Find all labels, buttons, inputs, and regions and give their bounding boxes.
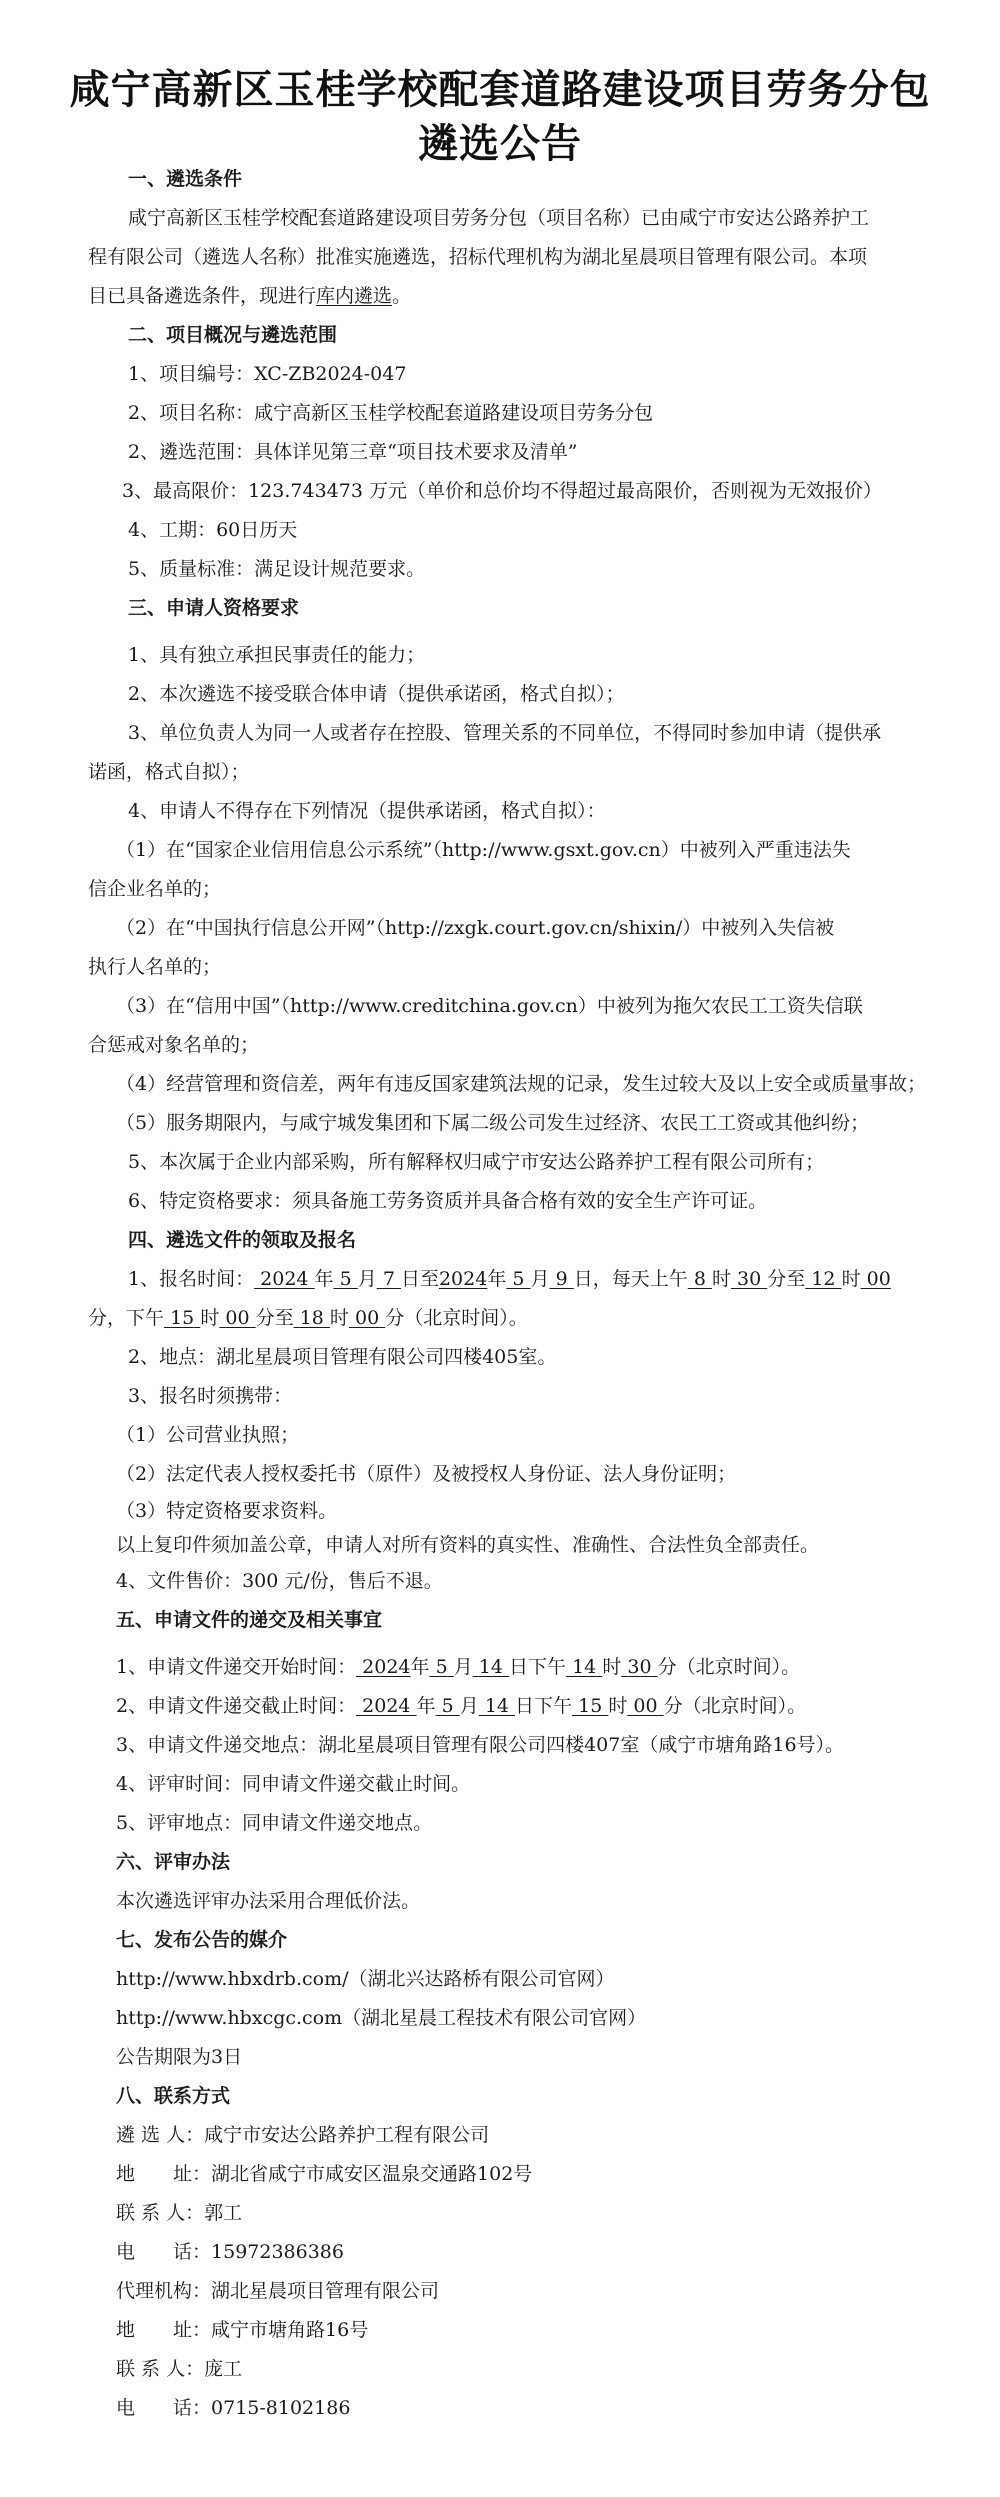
contact-value: 咸宁市塘角路16号 <box>211 2319 368 2341</box>
announcement-body: 一、遴选条件 咸宁高新区玉桂学校配套道路建设项目劳务分包（项目名称）已由咸宁市安… <box>88 160 918 2428</box>
review-place: 5、评审地点：同申请文件递交地点。 <box>88 1804 918 1843</box>
contact-label: 电 话： <box>116 2241 211 2263</box>
section-heading-5: 五、申请文件的递交及相关事宜 <box>88 1601 918 1640</box>
start-day: 14 <box>473 1656 509 1678</box>
start-year: 2024 <box>254 1268 314 1290</box>
contact-value: 咸宁市安达公路养护工程有限公司 <box>204 2124 489 2146</box>
review-method: 本次遴选评审办法采用合理低价法。 <box>88 1882 918 1921</box>
bring-item-1: （1）公司营业执照； <box>88 1416 918 1455</box>
project-number: 1、项目编号：XC-ZB2024-047 <box>88 355 918 394</box>
am-start-hour: 8 <box>688 1268 712 1290</box>
bring-item-2: （2）法定代表人授权委托书（原件）及被授权人身份证、法人身份证明； <box>88 1455 918 1494</box>
contact-row-agency-person: 联 系 人：庞工 <box>88 2350 918 2389</box>
exclusion-2-line2: 执行人名单的； <box>88 948 918 987</box>
qualification-1: 1、具有独立承担民事责任的能力； <box>88 636 918 675</box>
deadline-month: 5 <box>436 1695 460 1717</box>
deadline-day: 14 <box>479 1695 515 1717</box>
section-heading-3: 三、申请人资格要求 <box>88 589 918 628</box>
underlined-term: 库内遴选 <box>316 285 392 307</box>
am-start-minute: 30 <box>731 1268 767 1290</box>
max-price: 3、最高限价：123.743473 万元（单价和总价均不得超过最高限价，否则视为… <box>88 472 918 511</box>
exclusion-3-line2: 合惩戒对象名单的； <box>88 1026 918 1065</box>
contact-value: 15972386386 <box>211 2241 344 2263</box>
qualification-3-line2: 诺函，格式自拟）； <box>88 753 918 792</box>
contact-value: 湖北星晨项目管理有限公司 <box>211 2280 439 2302</box>
quality-standard: 5、质量标准：满足设计规范要求。 <box>88 550 918 589</box>
pm-start-minute: 00 <box>219 1307 255 1329</box>
end-day: 9 <box>550 1268 574 1290</box>
exclusion-4: （4）经营管理和资信差，两年有违反国家建筑法规的记录，发生过较大及以上安全或质量… <box>88 1065 918 1104</box>
section-heading-6: 六、评审办法 <box>88 1843 918 1882</box>
am-end-minute: 00 <box>861 1268 891 1290</box>
am-end-hour: 12 <box>805 1268 841 1290</box>
start-year: 2024 <box>356 1656 410 1678</box>
label: 1、报名时间： <box>128 1268 254 1290</box>
qualification-4: 4、申请人不得存在下列情况（提供承诺函，格式自拟）： <box>88 792 918 831</box>
pm-end-hour: 18 <box>294 1307 330 1329</box>
contact-label: 遴 选 人： <box>116 2116 204 2155</box>
pm-start-hour: 15 <box>164 1307 200 1329</box>
document-price: 4、文件售价：300 元/份，售后不退。 <box>88 1562 918 1601</box>
end-month: 5 <box>506 1268 530 1290</box>
project-name: 2、项目名称：咸宁高新区玉桂学校配套道路建设项目劳务分包 <box>88 394 918 433</box>
duration: 4、工期：60日历天 <box>88 511 918 550</box>
para-text: 。 <box>392 285 411 307</box>
contact-label: 地 址： <box>116 2319 211 2341</box>
contact-label: 联 系 人： <box>116 2202 204 2224</box>
qualification-3-line1: 3、单位负责人为同一人或者存在控股、管理关系的不同单位，不得同时参加申请（提供承 <box>88 714 918 753</box>
registration-time-line2: 分，下午 15 时 00 分至 18 时 00 分（北京时间）。 <box>88 1299 918 1338</box>
announcement-period: 公告期限为3日 <box>88 2038 918 2077</box>
media-link-2[interactable]: http://www.hbxcgc.com（湖北星晨工程技术有限公司官网） <box>88 1999 918 2038</box>
section1-para-line1: 咸宁高新区玉桂学校配套道路建设项目劳务分包（项目名称）已由咸宁市安达公路养护工 <box>88 199 918 238</box>
contact-row-selector-person: 联 系 人：郭工 <box>88 2194 918 2233</box>
exclusion-1-line2: 信企业名单的； <box>88 870 918 909</box>
contact-row-selector-phone: 电 话：15972386386 <box>88 2233 918 2272</box>
section-heading-7: 七、发布公告的媒介 <box>88 1921 918 1960</box>
bring-heading: 3、报名时须携带： <box>88 1377 918 1416</box>
contact-row-selector: 遴 选 人：咸宁市安达公路养护工程有限公司 <box>88 2116 918 2155</box>
contact-value: 0715-8102186 <box>211 2397 350 2419</box>
contact-label: 联 系 人： <box>116 2358 204 2380</box>
start-month: 5 <box>334 1268 358 1290</box>
submission-place: 3、申请文件递交地点：湖北星晨项目管理有限公司四楼407室（咸宁市塘角路16号）… <box>88 1726 918 1765</box>
section1-para-line3: 目已具备遴选条件，现进行库内遴选。 <box>88 277 918 316</box>
media-link-1[interactable]: http://www.hbxdrb.com/（湖北兴达路桥有限公司官网） <box>88 1960 918 1999</box>
pm-end-minute: 00 <box>349 1307 385 1329</box>
contact-label: 地 址： <box>116 2163 211 2185</box>
qualification-5: 5、本次属于企业内部采购，所有解释权归咸宁市安达公路养护工程有限公司所有； <box>88 1143 918 1182</box>
exclusion-2-line1: （2）在“中国执行信息公开网”（http://zxgk.court.gov.cn… <box>88 909 918 948</box>
contact-row-selector-address: 地 址：湖北省咸宁市咸安区温泉交通路102号 <box>88 2155 918 2194</box>
contact-value: 湖北省咸宁市咸安区温泉交通路102号 <box>211 2163 532 2185</box>
selection-scope: 2、遴选范围：具体详见第三章“项目技术要求及清单” <box>88 433 918 472</box>
contact-row-agency-phone: 电 话：0715-8102186 <box>88 2389 918 2428</box>
start-minute: 30 <box>621 1656 657 1678</box>
contact-label: 代理机构： <box>116 2280 211 2302</box>
section-heading-1: 一、遴选条件 <box>88 160 918 199</box>
exclusion-5: （5）服务期限内，与咸宁城发集团和下属二级公司发生过经济、农民工工资或其他纠纷； <box>88 1104 918 1143</box>
review-time: 4、评审时间：同申请文件递交截止时间。 <box>88 1765 918 1804</box>
contact-label: 电 话： <box>116 2397 211 2419</box>
contact-row-agency: 代理机构：湖北星晨项目管理有限公司 <box>88 2272 918 2311</box>
registration-time-line1: 1、报名时间： 2024 年 5 月 7 日至2024年 5 月 9 日，每天上… <box>88 1260 918 1299</box>
start-hour: 14 <box>566 1656 602 1678</box>
contact-row-agency-address: 地 址：咸宁市塘角路16号 <box>88 2311 918 2350</box>
deadline-hour: 15 <box>572 1695 608 1717</box>
para-text: 目已具备遴选条件，现进行 <box>88 285 316 307</box>
registration-location: 2、地点：湖北星晨项目管理有限公司四楼405室。 <box>88 1338 918 1377</box>
submission-deadline: 2、申请文件递交截止时间： 2024 年 5 月 14 日下午 15 时 00 … <box>88 1687 918 1726</box>
qualification-2: 2、本次遴选不接受联合体申请（提供承诺函，格式自拟）； <box>88 675 918 714</box>
exclusion-1-line1: （1）在“国家企业信用信息公示系统”（http://www.gsxt.gov.c… <box>88 831 918 870</box>
start-month: 5 <box>430 1656 454 1678</box>
contact-value: 庞工 <box>204 2358 242 2380</box>
section-heading-4: 四、遴选文件的领取及报名 <box>88 1221 918 1260</box>
start-day: 7 <box>377 1268 401 1290</box>
copies-note: 以上复印件须加盖公章，申请人对所有资料的真实性、准确性、合法性负全部责任。 <box>88 1528 918 1562</box>
contact-value: 郭工 <box>204 2202 242 2224</box>
section-heading-2: 二、项目概况与遴选范围 <box>88 316 918 355</box>
exclusion-3-line1: （3）在“信用中国”（http://www.creditchina.gov.cn… <box>88 987 918 1026</box>
deadline-year: 2024 <box>356 1695 416 1717</box>
section1-para-line2: 程有限公司（遴选人名称）批准实施遴选，招标代理机构为湖北星晨项目管理有限公司。本… <box>88 238 918 277</box>
qualification-6: 6、特定资格要求：须具备施工劳务资质并具备合格有效的安全生产许可证。 <box>88 1182 918 1221</box>
bring-item-3: （3）特定资格要求资料。 <box>88 1494 918 1528</box>
submission-start: 1、申请文件递交开始时间： 2024年 5 月 14 日下午 14 时 30 分… <box>88 1648 918 1687</box>
section-heading-8: 八、联系方式 <box>88 2077 918 2116</box>
deadline-minute: 00 <box>627 1695 663 1717</box>
page-title-line1: 咸宁高新区玉桂学校配套道路建设项目劳务分包 <box>0 58 1000 115</box>
end-year: 2024 <box>439 1268 487 1290</box>
